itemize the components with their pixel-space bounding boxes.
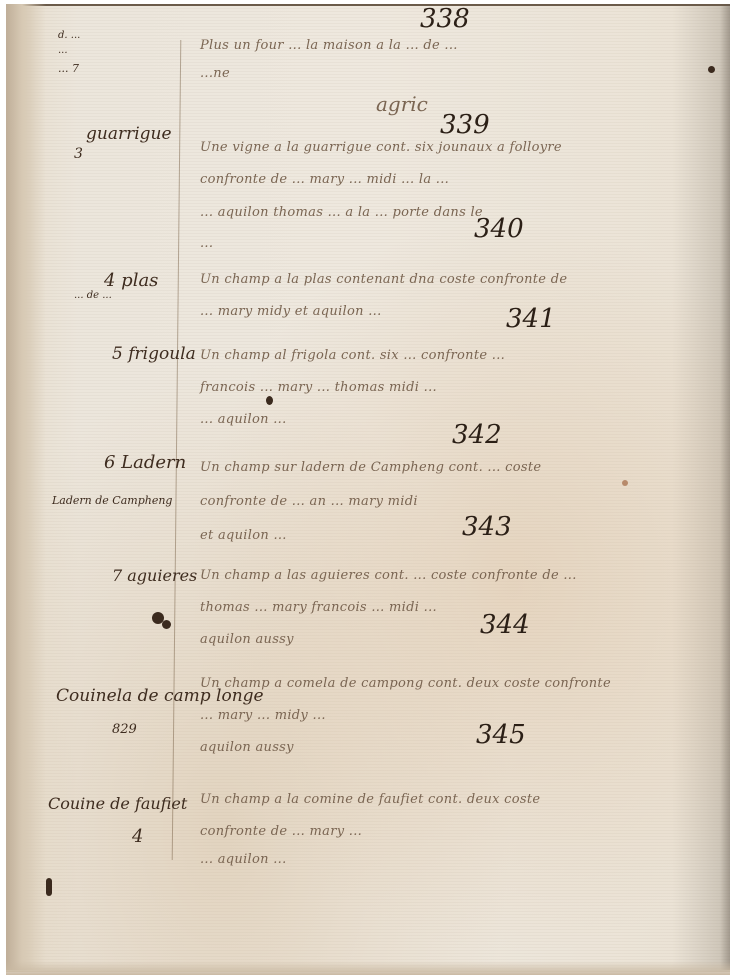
entry-number: 343 <box>462 512 512 542</box>
margin-number: 829 <box>112 722 137 737</box>
entry-text-line: ... aquilon thomas ... a la ... porte da… <box>200 205 483 220</box>
ink-blot <box>266 396 273 405</box>
margin-note: d. ... <box>58 30 80 41</box>
margin-label: 7 aguieres <box>112 566 197 585</box>
entry-number: 342 <box>452 420 502 450</box>
ink-blot <box>708 66 715 73</box>
entry-text-line: ... mary midy et aquilon ... <box>200 304 382 319</box>
entry-text-line: ... mary ... midy ... <box>200 708 326 723</box>
page-right-shadow <box>720 4 730 970</box>
ink-blot <box>46 878 52 896</box>
entry-heading: agric <box>376 92 428 116</box>
page-binding-edge <box>6 4 46 970</box>
entry-number: 338 <box>420 4 470 34</box>
margin-label: Couine de faufiet <box>48 794 187 813</box>
entry-text-line: Un champ sur ladern de Campheng cont. ..… <box>200 460 541 475</box>
ink-blot <box>162 620 171 629</box>
margin-number: 3 <box>74 146 83 162</box>
entry-number: 341 <box>506 304 556 334</box>
entry-number: 340 <box>474 214 524 244</box>
margin-label: 4 plas <box>104 270 158 291</box>
margin-note: ... de ... <box>74 290 112 301</box>
entry-text-line: ... aquilon ... <box>200 852 287 867</box>
margin-label: 6 Ladern <box>104 452 186 473</box>
margin-label: 5 frigoula <box>112 344 196 364</box>
stain-spot <box>622 480 628 486</box>
entry-text-line: confronte de ... an ... mary midi <box>200 494 418 509</box>
margin-note: ... <box>58 45 68 56</box>
entry-text-line: confronte de ... mary ... midi ... la ..… <box>200 172 449 187</box>
margin-note: ... 7 <box>58 62 79 75</box>
margin-note: Ladern de Campheng <box>52 494 172 507</box>
entry-text-line: Un champ a la comine de faufiet cont. de… <box>200 792 540 807</box>
entry-text-line: ... aquilon ... <box>200 412 287 427</box>
entry-text-line: et aquilon ... <box>200 528 287 543</box>
margin-label: guarrigue <box>86 124 172 144</box>
entry-text-line: Une vigne a la guarrigue cont. six jouna… <box>200 140 562 155</box>
entry-text-line: Un champ a comela de campong cont. deux … <box>200 676 611 691</box>
entry-text-line: thomas ... mary francois ... midi ... <box>200 600 437 615</box>
entry-text-line: confronte de ... mary ... <box>200 824 362 839</box>
entry-number: 345 <box>476 720 526 750</box>
entry-text-line: Un champ al frigola cont. six ... confro… <box>200 348 505 363</box>
entry-text-line: aquilon aussy <box>200 740 294 755</box>
entry-number: 344 <box>480 610 530 640</box>
entry-text-line: Un champ a la plas contenant dna coste c… <box>200 272 567 287</box>
page-bottom-edge <box>6 961 730 975</box>
entry-text-line: Plus un four ... la maison a la ... de .… <box>200 38 458 53</box>
entry-text-line: aquilon aussy <box>200 632 294 647</box>
entry-text-line: francois ... mary ... thomas midi ... <box>200 380 437 395</box>
entry-number: 339 <box>440 110 490 140</box>
entry-text-line: Un champ a las aguieres cont. ... coste … <box>200 568 577 583</box>
entry-text-line: ...ne <box>200 66 230 81</box>
margin-number: 4 <box>132 826 143 847</box>
entry-text-line: ... <box>200 236 213 251</box>
